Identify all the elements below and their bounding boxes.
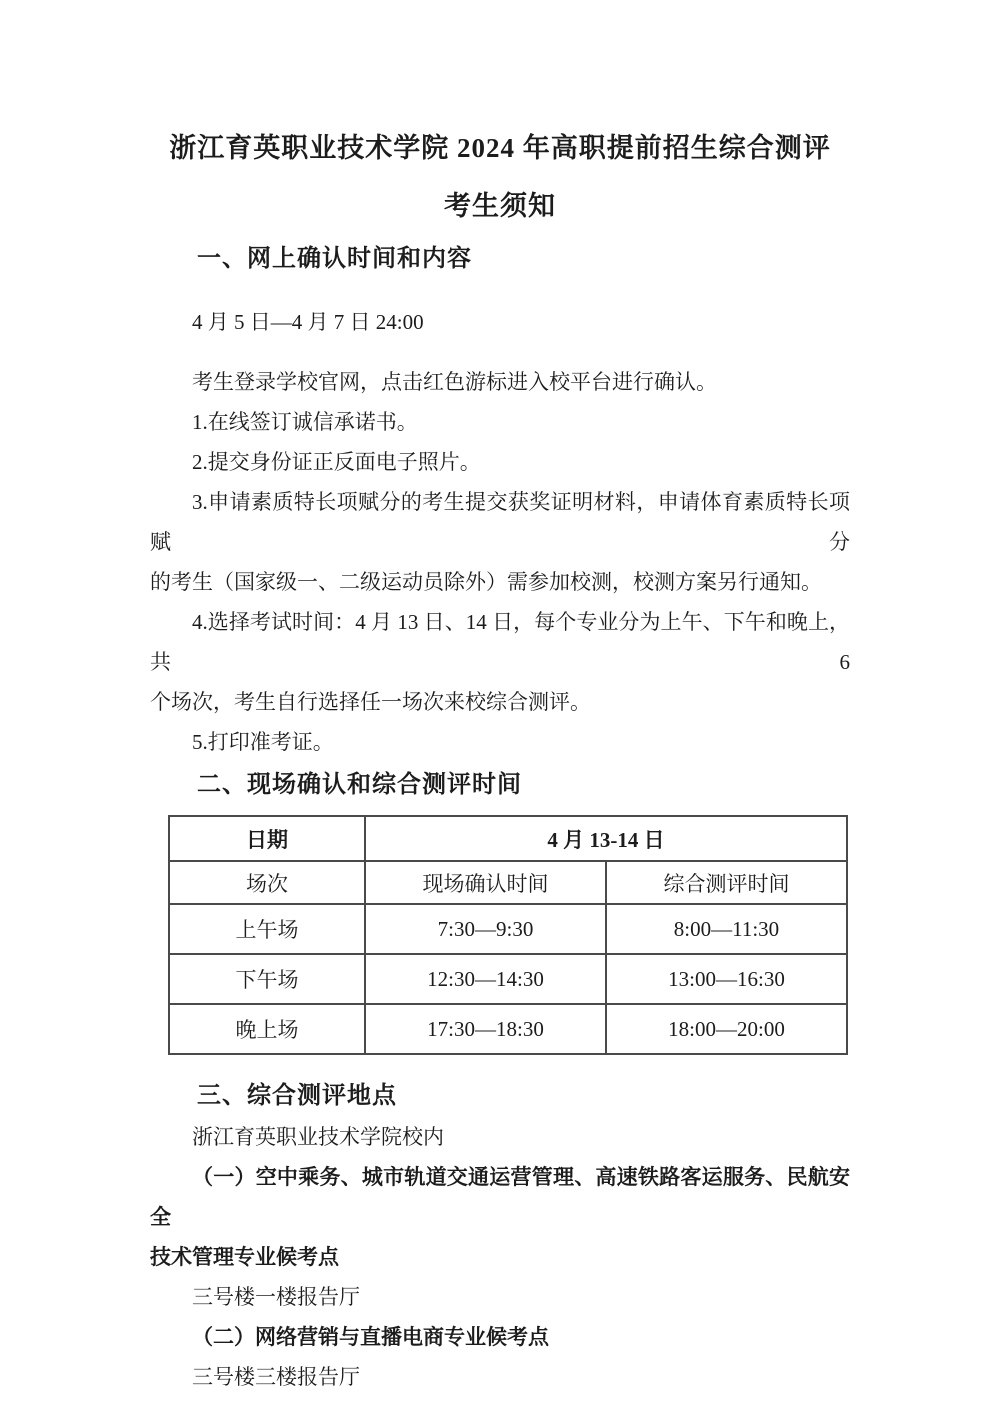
session-cell: 上午场 <box>169 904 365 954</box>
item-print-admission-ticket: 5.打印准考证。 <box>150 722 850 762</box>
table-header-row-date: 日期 4 月 13-14 日 <box>169 816 847 861</box>
table-row-morning: 上午场 7:30—9:30 8:00—11:30 <box>169 904 847 954</box>
online-confirmation-intro: 考生登录学校官网，点击红色游标进入校平台进行确认。 <box>150 362 850 402</box>
item-special-talent-line-2: 的考生（国家级一、二级运动员除外）需参加校测，校测方案另行通知。 <box>150 562 850 602</box>
section-3-heading: 三、综合测评地点 <box>150 1081 850 1111</box>
test-time-cell: 18:00—20:00 <box>606 1004 847 1054</box>
venue-2-title: （二）网络营销与直播电商专业候考点 <box>150 1317 850 1357</box>
table-row-afternoon: 下午场 12:30—14:30 13:00—16:30 <box>169 954 847 1004</box>
venue-2-room: 三号楼三楼报告厅 <box>150 1357 850 1397</box>
test-time-cell: 13:00—16:30 <box>606 954 847 1004</box>
document-title: 浙江育英职业技术学院 2024 年高职提前招生综合测评 <box>150 132 850 164</box>
session-cell: 晚上场 <box>169 1004 365 1054</box>
venue-1-title-line-2: 技术管理专业候考点 <box>150 1237 850 1277</box>
item-choose-exam-time-line-2: 个场次，考生自行选择任一场次来校综合测评。 <box>150 682 850 722</box>
item-choose-exam-time-line-1: 4.选择考试时间：4 月 13 日、14 日，每个专业分为上午、下午和晚上，共 … <box>150 602 850 682</box>
date-value-cell: 4 月 13-14 日 <box>365 816 847 861</box>
document-subtitle: 考生须知 <box>150 190 850 222</box>
item-submit-id-photos: 2.提交身份证正反面电子照片。 <box>150 442 850 482</box>
table-header-row-columns: 场次 现场确认时间 综合测评时间 <box>169 861 847 904</box>
item-sign-commitment: 1.在线签订诚信承诺书。 <box>150 402 850 442</box>
test-location: 浙江育英职业技术学院校内 <box>150 1117 850 1157</box>
test-time-header-cell: 综合测评时间 <box>606 861 847 904</box>
venue-1-title-line-1: （一）空中乘务、城市轨道交通运营管理、高速铁路客运服务、民航安全 <box>150 1157 850 1237</box>
document-page: 浙江育英职业技术学院 2024 年高职提前招生综合测评 考生须知 一、网上确认时… <box>0 0 1000 1414</box>
table-row-evening: 晚上场 17:30—18:30 18:00—20:00 <box>169 1004 847 1054</box>
session-header-cell: 场次 <box>169 861 365 904</box>
date-label-cell: 日期 <box>169 816 365 861</box>
venue-1-room: 三号楼一楼报告厅 <box>150 1277 850 1317</box>
confirm-time-header-cell: 现场确认时间 <box>365 861 606 904</box>
session-cell: 下午场 <box>169 954 365 1004</box>
section-2-heading: 二、现场确认和综合测评时间 <box>150 770 850 800</box>
test-time-cell: 8:00—11:30 <box>606 904 847 954</box>
confirm-time-cell: 17:30—18:30 <box>365 1004 606 1054</box>
confirm-time-cell: 7:30—9:30 <box>365 904 606 954</box>
confirm-time-cell: 12:30—14:30 <box>365 954 606 1004</box>
online-confirmation-period: 4 月 5 日—4 月 7 日 24:00 <box>150 302 850 342</box>
item-special-talent-line-1: 3.申请素质特长项赋分的考生提交获奖证明材料，申请体育素质特长项赋分 <box>150 482 850 562</box>
confirmation-schedule-table: 日期 4 月 13-14 日 场次 现场确认时间 综合测评时间 上午场 7:30… <box>168 815 848 1055</box>
section-1-heading: 一、网上确认时间和内容 <box>150 244 850 274</box>
